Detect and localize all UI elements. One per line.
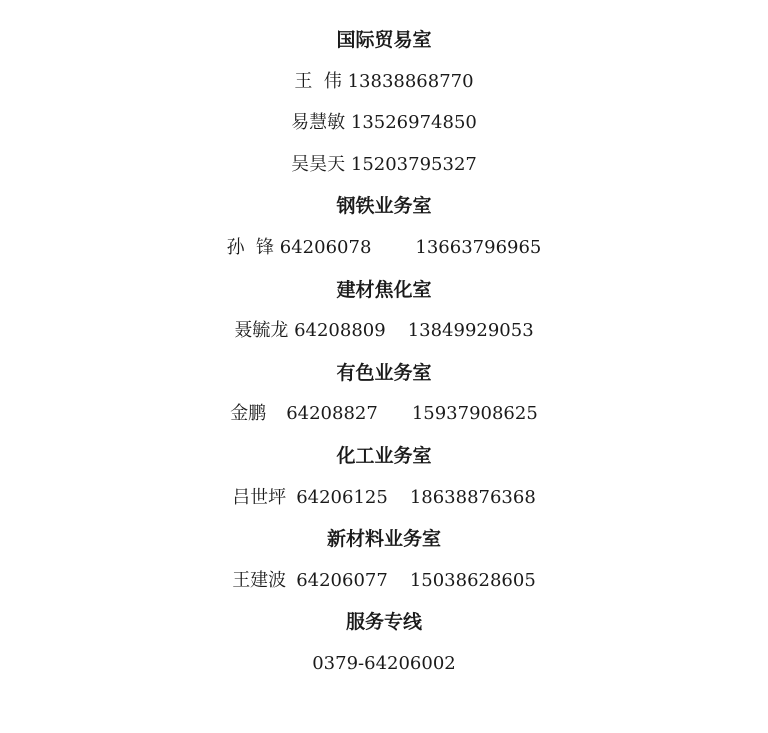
contact-office-phone: 64206077 bbox=[296, 570, 388, 591]
contact-mobile: 13663796965 bbox=[415, 237, 541, 258]
contact-row: 孙 锋 6420607813663796965 bbox=[0, 234, 768, 276]
contact-name: 吕世坪 bbox=[232, 487, 286, 508]
section-title-nonferrous: 有色业务室 bbox=[0, 359, 768, 401]
contact-mobile: 18638876368 bbox=[410, 487, 536, 508]
contact-name: 王 伟 bbox=[294, 71, 341, 92]
contact-name: 孙 锋 bbox=[227, 237, 274, 258]
section-title-chemical: 化工业务室 bbox=[0, 442, 768, 484]
contact-directory: 国际贸易室 王 伟 13838868770 易慧敏 13526974850 吴昊… bbox=[0, 26, 768, 692]
contact-office-phone: 64206078 bbox=[280, 237, 372, 258]
contact-name: 金鹏 bbox=[230, 403, 266, 424]
section-title-international-trade: 国际贸易室 bbox=[0, 26, 768, 68]
section-title-service-hotline: 服务专线 bbox=[0, 608, 768, 650]
contact-mobile: 15937908625 bbox=[412, 403, 538, 424]
contact-row: 吴昊天 15203795327 bbox=[0, 151, 768, 193]
hotline-number: 0379-64206002 bbox=[0, 650, 768, 692]
contact-name: 易慧敏 bbox=[291, 112, 345, 133]
contact-row: 聂毓龙 6420880913849929053 bbox=[0, 317, 768, 359]
contact-office-phone: 64208827 bbox=[286, 403, 378, 424]
contact-mobile: 15038628605 bbox=[410, 570, 536, 591]
section-title-building-materials: 建材焦化室 bbox=[0, 276, 768, 318]
contact-row: 金鹏6420882715937908625 bbox=[0, 400, 768, 442]
section-title-steel: 钢铁业务室 bbox=[0, 192, 768, 234]
contact-row: 易慧敏 13526974850 bbox=[0, 109, 768, 151]
contact-mobile: 13526974850 bbox=[351, 112, 477, 133]
contact-office-phone: 64206125 bbox=[296, 487, 388, 508]
contact-row: 吕世坪6420612518638876368 bbox=[0, 484, 768, 526]
contact-name: 聂毓龙 bbox=[234, 320, 288, 341]
contact-mobile: 15203795327 bbox=[351, 154, 477, 175]
contact-mobile: 13838868770 bbox=[348, 71, 474, 92]
section-title-new-materials: 新材料业务室 bbox=[0, 525, 768, 567]
contact-row: 王建波6420607715038628605 bbox=[0, 567, 768, 609]
contact-row: 王 伟 13838868770 bbox=[0, 68, 768, 110]
contact-name: 王建波 bbox=[232, 570, 286, 591]
contact-mobile: 13849929053 bbox=[408, 320, 534, 341]
contact-name: 吴昊天 bbox=[291, 154, 345, 175]
contact-office-phone: 64208809 bbox=[294, 320, 386, 341]
